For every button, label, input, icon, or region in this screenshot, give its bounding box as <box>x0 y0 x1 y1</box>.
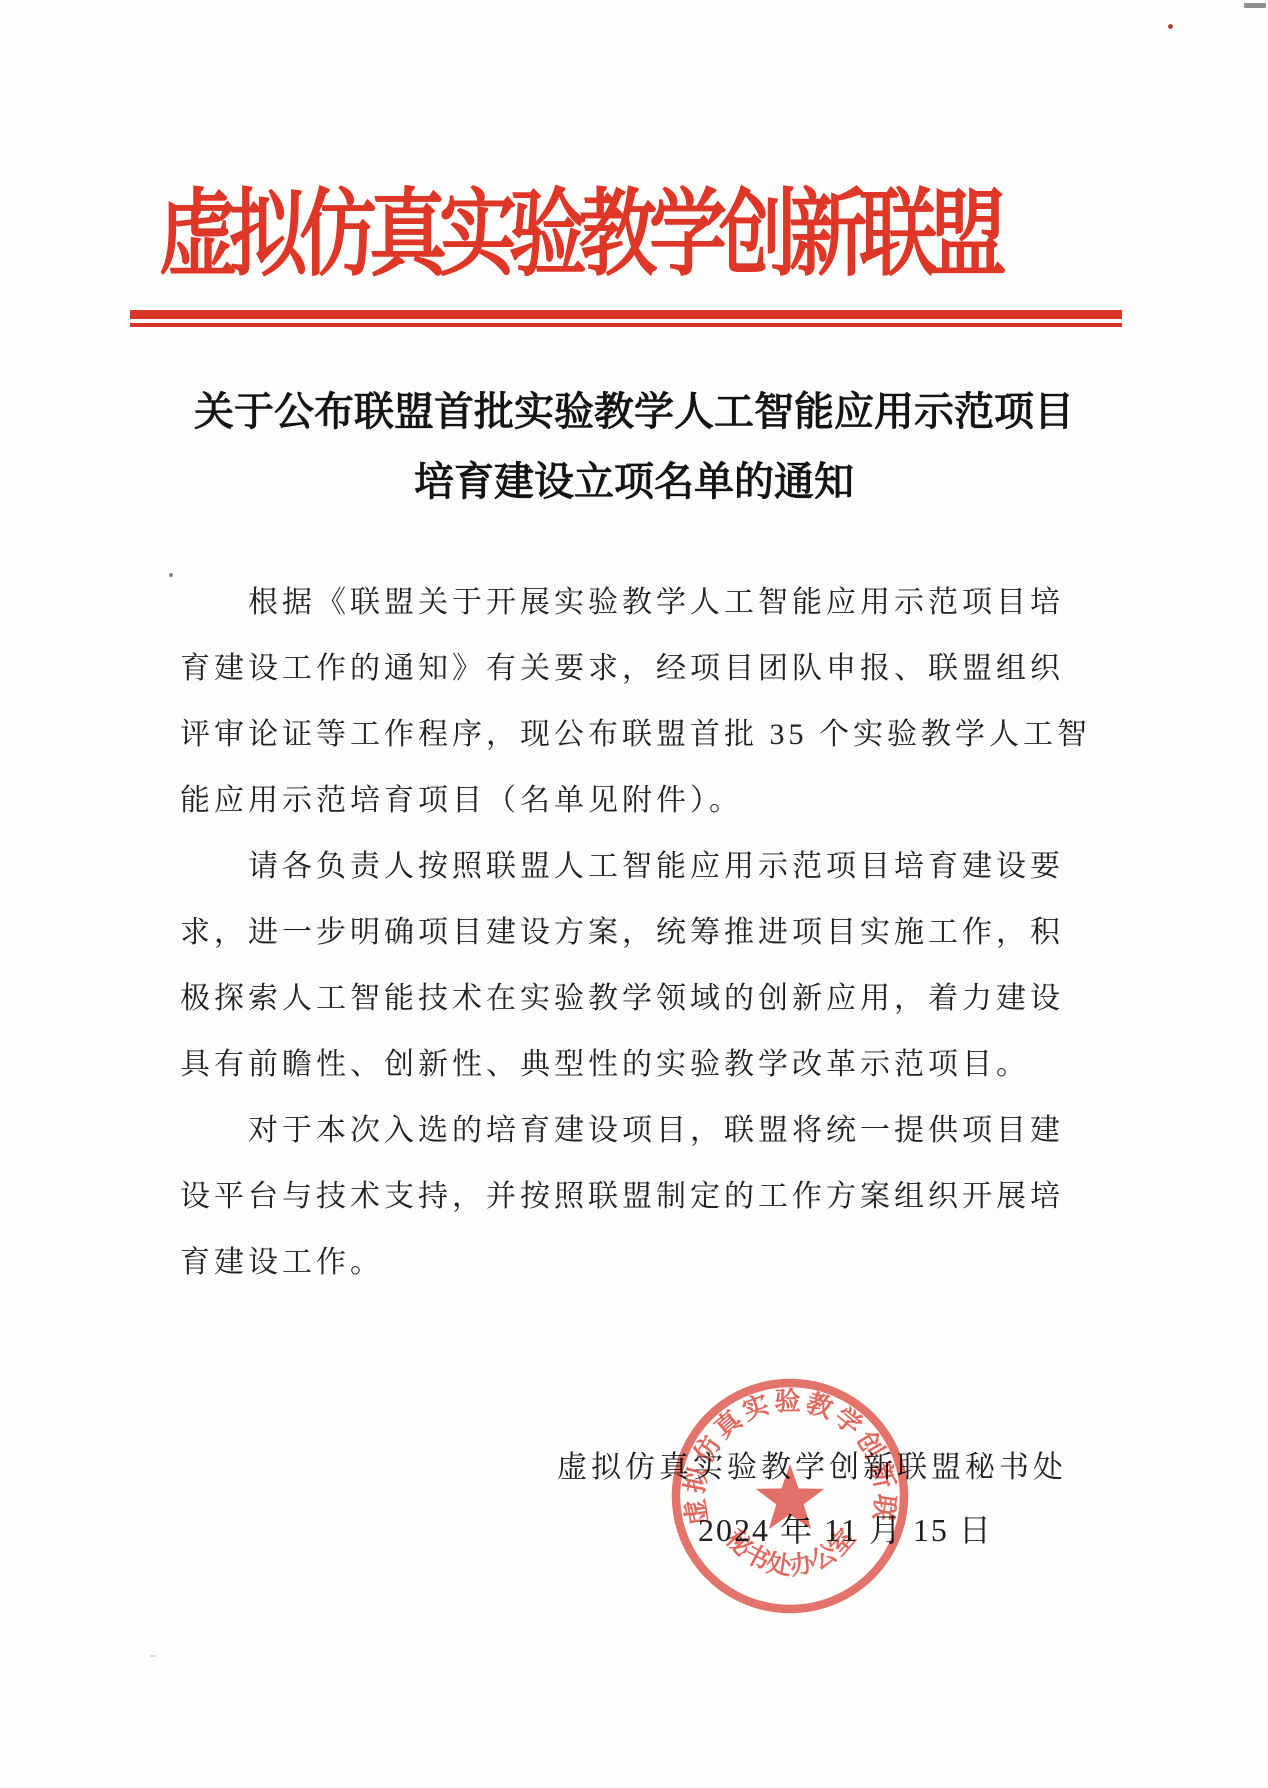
scanned-notice-page: 虚拟仿真实验教学创新联盟 关于公布联盟首批实验教学人工智能应用示范项目 培育建设… <box>0 0 1268 1788</box>
paragraph-line: 请各负责人按照联盟人工智能应用示范项目培育建设要 <box>180 834 1110 900</box>
scan-artifact-corner-dash <box>1244 3 1266 8</box>
paragraph-line: 设平台与技术支持，并按照联盟制定的工作方案组织开展培 <box>180 1164 1110 1230</box>
scan-artifact-gray-dot <box>169 573 173 577</box>
paragraph-line: 能应用示范培育项目（名单见附件）。 <box>180 768 1110 834</box>
paragraph-line: 对于本次入选的培育建设项目，联盟将统一提供项目建 <box>180 1098 1110 1164</box>
paragraph-line: 育建设工作的通知》有关要求，经项目团队申报、联盟组织 <box>180 636 1110 702</box>
body-text: 根据《联盟关于开展实验教学人工智能应用示范项目培 育建设工作的通知》有关要求，经… <box>180 570 1110 1296</box>
red-rule-thin <box>130 323 1122 327</box>
seal-star-icon <box>756 1464 824 1529</box>
paragraph-line: 育建设工作。 <box>180 1230 1110 1296</box>
red-rule-thick <box>130 310 1122 319</box>
masthead-title: 虚拟仿真实验教学创新联盟 <box>0 158 1213 295</box>
paragraph-line: 具有前瞻性、创新性、典型性的实验教学改革示范项目。 <box>180 1032 1110 1098</box>
paragraph-line: 极探索人工智能技术在实验教学领域的创新应用，着力建设 <box>180 966 1110 1032</box>
official-seal: 虚拟仿真实验教学创新联盟 秘书处办公室 <box>670 1376 910 1616</box>
paragraph-line: 求，进一步明确项目建设方案，统筹推进项目实施工作，积 <box>180 900 1110 966</box>
paragraph-line: 根据《联盟关于开展实验教学人工智能应用示范项目培 <box>180 570 1110 636</box>
scan-artifact-speck <box>150 1655 156 1657</box>
seal-bottom-text: 秘书处办公室 <box>720 1523 862 1581</box>
scan-artifact-red-dot <box>1168 24 1173 29</box>
paragraph-line: 评审论证等工作程序，现公布联盟首批 35 个实验教学人工智 <box>180 702 1110 768</box>
document-title: 关于公布联盟首批实验教学人工智能应用示范项目 培育建设立项名单的通知 <box>0 377 1268 517</box>
document-title-line2: 培育建设立项名单的通知 <box>0 447 1268 517</box>
document-title-line1: 关于公布联盟首批实验教学人工智能应用示范项目 <box>0 377 1268 447</box>
